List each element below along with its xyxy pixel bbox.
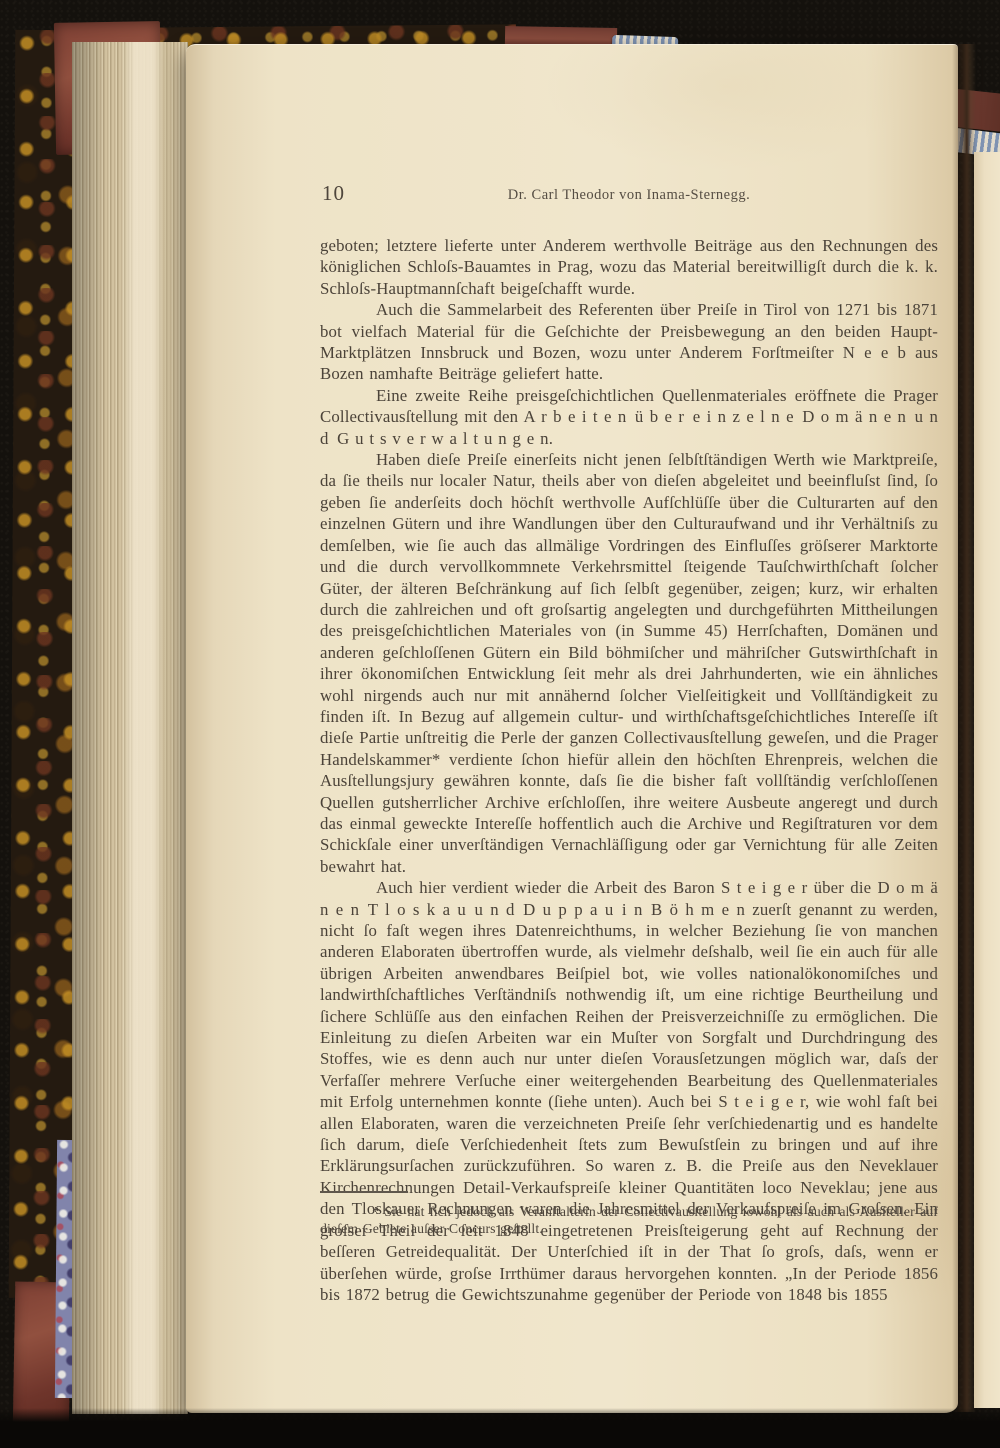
- paragraph: Haben dieſe Preiſe einerſeits nicht jene…: [320, 449, 938, 877]
- footnote-rule: [320, 1191, 408, 1193]
- paragraph: Eine zweite Reihe preisgeſchichtlichen Q…: [320, 385, 938, 449]
- paragraph: Auch hier verdient wieder die Arbeit des…: [320, 877, 938, 1305]
- footnote-block: * Sie hat ſich jedoch als Veranſtalterin…: [320, 1191, 938, 1237]
- page-number: 10: [322, 181, 345, 206]
- shadow-bottom: [0, 1408, 1000, 1448]
- paragraph: Auch die Sammelarbeit des Referenten übe…: [320, 299, 938, 385]
- page-edge-stack: [72, 42, 188, 1414]
- page-header: 10 Dr. Carl Theodor von Inama-Sternegg.: [320, 187, 938, 204]
- book-cover-marbled-left: [9, 30, 80, 1298]
- gutter-shadow: [952, 44, 976, 1412]
- photo-backdrop: { "doc": { "page_number": "10", "running…: [0, 0, 1000, 1448]
- facing-page-sliver: [974, 152, 1000, 1408]
- running-header: Dr. Carl Theodor von Inama-Sternegg.: [320, 187, 938, 204]
- footnote-text: * Sie hat ſich jedoch als Veranſtalterin…: [320, 1203, 938, 1237]
- book-page: 10 Dr. Carl Theodor von Inama-Sternegg. …: [186, 44, 958, 1413]
- body-text: geboten; letztere lieferte unter Anderem…: [320, 235, 938, 1305]
- paragraph: geboten; letztere lieferte unter Anderem…: [320, 235, 938, 299]
